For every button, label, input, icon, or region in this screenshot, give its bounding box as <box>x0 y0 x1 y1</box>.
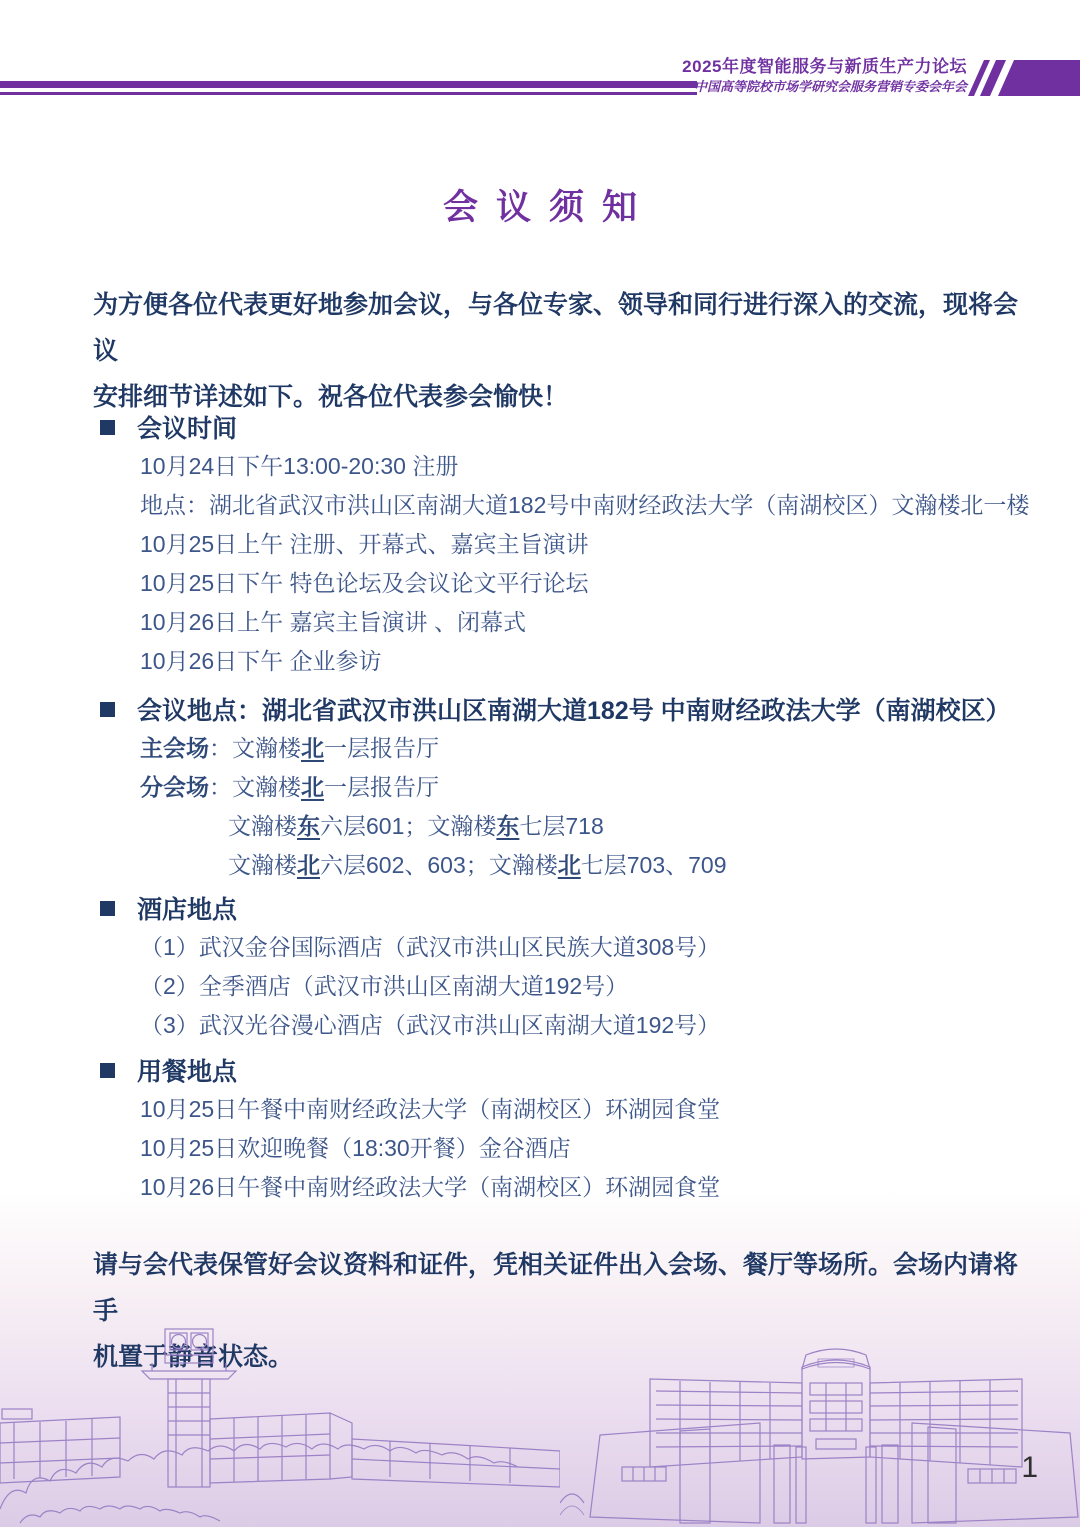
banner-bar <box>998 60 1080 96</box>
section-line: （2）全季酒店（武汉市洪山区南湖大道192号） <box>93 967 1043 1006</box>
section-heading-label: 用餐地点 <box>137 1052 237 1088</box>
text-segment: （2）全季酒店（武汉市洪山区南湖大道192号） <box>140 973 628 999</box>
text-segment: 东 <box>297 813 320 839</box>
section-line: 分会场：文瀚楼北一层报告厅 <box>93 768 1043 807</box>
section-bullet-icon <box>100 1063 115 1078</box>
text-segment: 文瀚楼 <box>228 813 297 839</box>
section-dining: 用餐地点 10月25日午餐中南财经政法大学（南湖校区）环湖园食堂 10月25日欢… <box>93 1050 1043 1207</box>
section-meeting-time: 会议时间 10月24日下午13:00-20:30 注册 地点：湖北省武汉市洪山区… <box>93 407 1043 681</box>
text-segment: 一层报告厅 <box>324 774 439 800</box>
text-segment: 北 <box>297 852 320 878</box>
text-segment: ：文瀚楼 <box>209 774 301 800</box>
section-bullet-icon <box>100 702 115 717</box>
section-heading: 会议时间 <box>93 407 1043 447</box>
text-segment: 一层报告厅 <box>324 735 439 761</box>
section-line: 10月26日上午 嘉宾主旨演讲 、闭幕式 <box>93 603 1043 642</box>
campus-illustration-left <box>0 1327 560 1527</box>
section-line: 10月25日欢迎晚餐（18:30开餐）金谷酒店 <box>93 1129 1043 1168</box>
section-hotels: 酒店地点 （1）武汉金谷国际酒店（武汉市洪山区民族大道308号） （2）全季酒店… <box>93 888 1043 1045</box>
section-bullet-icon <box>100 901 115 916</box>
text-segment: 10月25日上午 注册、开幕式、嘉宾主旨演讲 <box>140 531 589 557</box>
text-segment: 七层703、709 <box>581 852 727 878</box>
text-segment: 北 <box>301 774 324 800</box>
campus-illustration-right <box>560 1327 1080 1527</box>
text-segment: 东 <box>496 813 519 839</box>
text-segment: 10月25日下午 特色论坛及会议论文平行论坛 <box>140 570 589 596</box>
banner-forum-subtitle: 中国高等院校市场学研究会服务营销专委会年会 <box>547 79 967 95</box>
section-heading-label: 会议时间 <box>137 409 237 445</box>
section-heading: 会议地点：湖北省武汉市洪山区南湖大道182号 中南财经政法大学（南湖校区） <box>93 689 1043 729</box>
intro-paragraph: 为方便各位代表更好地参加会议，与各位专家、领导和同行进行深入的交流，现将会议 安… <box>93 282 1033 420</box>
text-segment: 分会场 <box>140 774 209 800</box>
text-segment: （3）武汉光谷漫心酒店（武汉市洪山区南湖大道192号） <box>140 1012 720 1038</box>
note-line: 请与会代表保管好会议资料和证件，凭相关证件出入会场、餐厅等场所。会场内请将手 <box>93 1242 1033 1334</box>
section-heading-label: 酒店地点 <box>137 890 237 926</box>
text-segment: 地点：湖北省武汉市洪山区南湖大道182号中南财经政法大学（南湖校区）文瀚楼北一楼 <box>140 492 1029 518</box>
section-heading: 酒店地点 <box>93 888 1043 928</box>
section-line: 文瀚楼东六层601；文瀚楼东七层718 <box>93 807 1043 846</box>
section-heading: 用餐地点 <box>93 1050 1043 1090</box>
section-line: 10月25日下午 特色论坛及会议论文平行论坛 <box>93 564 1043 603</box>
section-line: （1）武汉金谷国际酒店（武汉市洪山区民族大道308号） <box>93 928 1043 967</box>
text-segment: 10月26日午餐中南财经政法大学（南湖校区）环湖园食堂 <box>140 1174 720 1200</box>
page-number: 1 <box>1021 1453 1038 1483</box>
text-segment: 六层601；文瀚楼 <box>320 813 496 839</box>
section-line: 10月26日午餐中南财经政法大学（南湖校区）环湖园食堂 <box>93 1168 1043 1207</box>
text-segment: （1）武汉金谷国际酒店（武汉市洪山区民族大道308号） <box>140 934 720 960</box>
text-segment: ：文瀚楼 <box>209 735 301 761</box>
text-segment: 七层718 <box>519 813 603 839</box>
text-segment: 10月25日午餐中南财经政法大学（南湖校区）环湖园食堂 <box>140 1096 720 1122</box>
section-line: （3）武汉光谷漫心酒店（武汉市洪山区南湖大道192号） <box>93 1006 1043 1045</box>
page-title: 会议须知 <box>0 180 1080 230</box>
section-line: 10月24日下午13:00-20:30 注册 <box>93 447 1043 486</box>
text-segment: 北 <box>558 852 581 878</box>
section-bullet-icon <box>100 420 115 435</box>
section-line: 地点：湖北省武汉市洪山区南湖大道182号中南财经政法大学（南湖校区）文瀚楼北一楼 <box>93 486 1043 525</box>
document-page: 2025年度智能服务与新质生产力论坛 中国高等院校市场学研究会服务营销专委会年会… <box>0 0 1080 1527</box>
intro-line: 为方便各位代表更好地参加会议，与各位专家、领导和同行进行深入的交流，现将会议 <box>93 282 1033 374</box>
section-line: 10月26日下午 企业参访 <box>93 642 1043 681</box>
text-segment: 北 <box>301 735 324 761</box>
section-heading-label: 会议地点：湖北省武汉市洪山区南湖大道182号 中南财经政法大学（南湖校区） <box>137 691 1011 727</box>
text-segment: 10月26日下午 企业参访 <box>140 648 382 674</box>
section-line: 10月25日午餐中南财经政法大学（南湖校区）环湖园食堂 <box>93 1090 1043 1129</box>
text-segment: 六层602、603；文瀚楼 <box>320 852 558 878</box>
section-line: 主会场：文瀚楼北一层报告厅 <box>93 729 1043 768</box>
banner-forum-title: 2025年度智能服务与新质生产力论坛 <box>547 57 967 77</box>
text-segment: 主会场 <box>140 735 209 761</box>
text-segment: 10月26日上午 嘉宾主旨演讲 、闭幕式 <box>140 609 526 635</box>
text-segment: 10月24日下午13:00-20:30 注册 <box>140 453 458 479</box>
text-segment: 文瀚楼 <box>228 852 297 878</box>
text-segment: 10月25日欢迎晚餐（18:30开餐）金谷酒店 <box>140 1135 571 1161</box>
section-line: 10月25日上午 注册、开幕式、嘉宾主旨演讲 <box>93 525 1043 564</box>
section-line: 文瀚楼北六层602、603；文瀚楼北七层703、709 <box>93 846 1043 885</box>
section-meeting-venue: 会议地点：湖北省武汉市洪山区南湖大道182号 中南财经政法大学（南湖校区） 主会… <box>93 689 1043 885</box>
